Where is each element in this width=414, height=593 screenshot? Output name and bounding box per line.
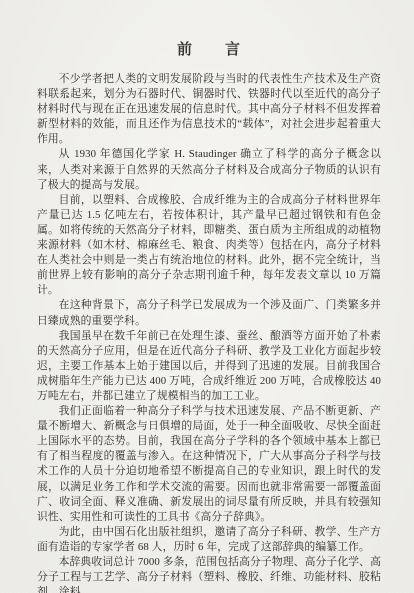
paragraph: 在这种背景下，高分子科学已发展成为一个涉及面广、门类繁多并日臻成熟的重要学科。 — [37, 298, 381, 328]
paragraph: 从 1930 年德国化学家 H. Staudinger 确立了科学的高分子概念以… — [37, 147, 381, 192]
paragraph: 我国虽早在数千年前已在处理生漆、蚕丝、酿酒等方面开始了朴素的天然高分子应用，但是… — [37, 329, 381, 404]
scanned-document-page: 前 言 不少学者把人类的文明发展阶段与当时的代表性生产技术及生产资料联系起来，划… — [0, 0, 414, 593]
paragraph: 目前，以塑料、合成橡胶、合成纤维为主的合成高分子材料世界年产量已达 1.5 亿吨… — [37, 193, 381, 299]
paragraph: 本辞典收词总计 7000 多条，范围包括高分子物理、高分子化学、高分子工程与工艺… — [37, 555, 381, 593]
scan-artifact-dot — [66, 96, 68, 98]
page-title: 前 言 — [37, 38, 381, 59]
paragraph: 不少学者把人类的文明发展阶段与当时的代表性生产技术及生产资料联系起来，划分为石器… — [37, 72, 381, 147]
paragraph: 为此，由中国石化出版社组织，邀请了高分子科研、教学、生产方面有造诣的专家学者 6… — [37, 525, 381, 555]
paragraph: 我们正面临着一种高分子科学与技术迅速发展、产品不断更新、产量不断增大、新概念与日… — [37, 404, 381, 525]
preface-body: 不少学者把人类的文明发展阶段与当时的代表性生产技术及生产资料联系起来，划分为石器… — [37, 72, 381, 593]
